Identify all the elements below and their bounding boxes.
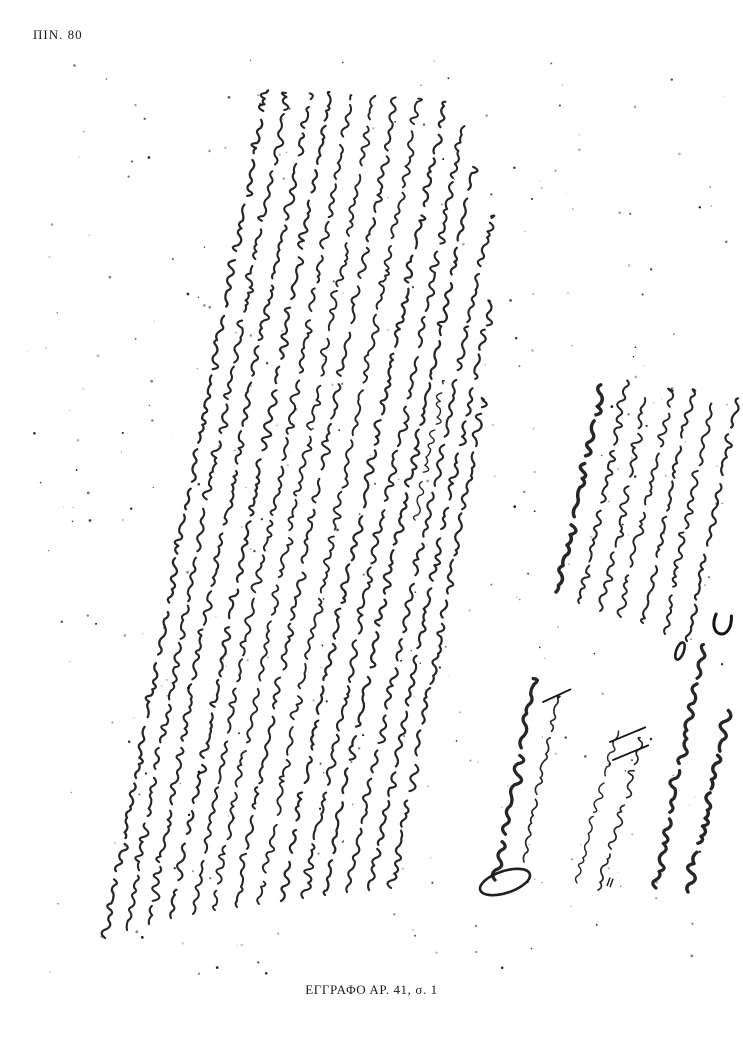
document-caption: ΕΓΓΡΑΦΟ ΑΡ. 41, σ. 1: [0, 982, 743, 998]
manuscript-scan: [0, 0, 743, 1052]
scanned-page: ΠΙΝ. 80 ΕΓΓΡΑΦΟ ΑΡ. 41, σ. 1: [0, 0, 743, 1052]
